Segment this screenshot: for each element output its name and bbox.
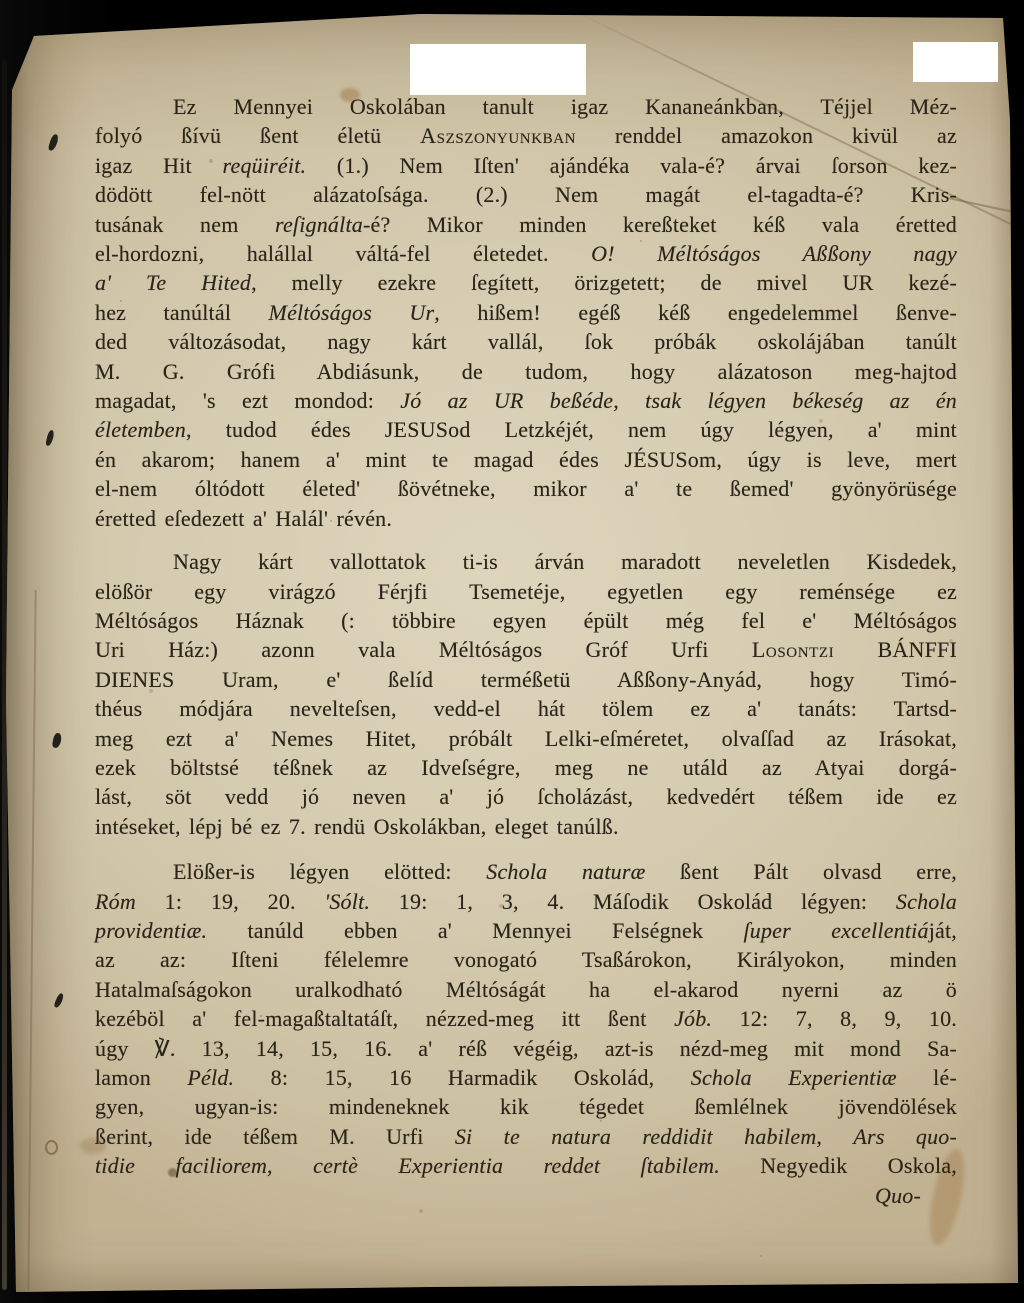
text-segment: Jób.: [674, 1006, 712, 1031]
text-block: Ez Mennyei Oskolában tanult igaz Kananeá…: [95, 92, 957, 1210]
text-segment: 1: 19, 20.: [136, 889, 325, 914]
book-page: Ez Mennyei Oskolában tanult igaz Kananeá…: [0, 0, 1024, 1303]
text-segment: Nagy kárt vallottatok ti-is árván marado…: [173, 549, 957, 574]
text-segment: Si te natura reddidit habilem: [455, 1124, 817, 1149]
margin-ink-mark: [52, 732, 62, 748]
text-line: Méltóságos Háznak (: többire egyen épült…: [95, 606, 957, 635]
text-segment: providentiæ.: [95, 918, 207, 943]
text-segment: magadat, 's ezt mondod:: [95, 388, 400, 413]
paragraph: Nagy kárt vallottatok ti-is árván marado…: [95, 547, 957, 841]
text-segment: a' Te Hited: [95, 270, 251, 295]
text-line: intéseket, lépj bé ez 7. rendü Oskolákba…: [95, 812, 957, 841]
text-line: kezéböl a' fel-magaßtaltatáſt, nézzed-me…: [95, 1004, 957, 1033]
text-segment: , hißem! egéß kéß engedelemmel ßenve-: [434, 300, 957, 325]
text-segment: -é? Mikor minden kereßteket kéß vala ére…: [363, 212, 957, 237]
text-line: Elößer-is légyen elötted: Schola naturæ …: [95, 857, 957, 886]
text-segment: Aszszonyunkban: [420, 123, 576, 148]
text-line: életemben, tudod édes JESUSod Letzkéjét,…: [95, 415, 957, 444]
margin-ink-mark: [48, 133, 60, 151]
paragraph: Ez Mennyei Oskolában tanult igaz Kananeá…: [95, 92, 957, 533]
text-segment: Méltóságos Háznak (: többire egyen épült…: [95, 608, 957, 633]
text-line: Róm 1: 19, 20. 'Sólt. 19: 1, 3, 4. Máſod…: [95, 887, 957, 916]
text-segment: gyen, ugyan-is: mindeneknek kik tégedet …: [95, 1094, 957, 1119]
text-line: M. G. Grófi Abdiásunk, de tudom, hogy al…: [95, 357, 957, 386]
redaction-box: [913, 42, 998, 82]
text-segment: DIENES Uram, e' ßelíd terméßetü Aßßony-A…: [95, 667, 957, 692]
text-segment: M. G. Grófi Abdiásunk, de tudom, hogy al…: [95, 359, 957, 384]
text-segment: intéseket, lépj bé ez 7. rendü Oskolákba…: [95, 814, 619, 839]
text-segment: Uri Ház:) azonn vala Méltóságos Gróf Urf…: [95, 637, 752, 662]
text-segment: Schola Experientiæ: [691, 1065, 897, 1090]
text-segment: Péld.: [187, 1065, 234, 1090]
text-segment: tidie faciliorem, certè Experientia redd…: [95, 1153, 720, 1178]
text-segment: igaz Hit: [95, 153, 223, 178]
text-line: lamon Péld. 8: 15, 16 Harmadik Oskolád, …: [95, 1063, 957, 1092]
text-segment: éretted eſedezett a' Halál' révén.: [95, 506, 392, 531]
text-segment: renddel amazokon kivül az: [576, 123, 957, 148]
text-segment: Elößer-is légyen elötted:: [173, 859, 486, 884]
text-line: éretted eſedezett a' Halál' révén.: [95, 504, 957, 533]
text-segment: Ars quo-: [853, 1124, 957, 1149]
text-segment: Negyedik Oskola,: [720, 1153, 957, 1178]
redaction-box: [410, 44, 586, 95]
text-line: Hatalmaſságokon uralkodható Méltóságát h…: [95, 975, 957, 1004]
text-segment: folyó ßívü ßent életü: [95, 123, 420, 148]
text-segment: lamon: [95, 1065, 187, 1090]
text-segment: reqüiréit.: [223, 153, 307, 178]
text-line: dödött fel-nött alázatoſsága. (2.) Nem m…: [95, 180, 957, 209]
text-line: Nagy kárt vallottatok ti-is árván marado…: [95, 547, 957, 576]
text-line: úgy ℣. 13, 14, 15, 16. a' réß végéig, az…: [95, 1034, 957, 1063]
text-segment: lást, söt vedd jó neven a' jó ſcholázást…: [95, 784, 957, 809]
text-segment: hez tanúltál: [95, 300, 269, 325]
text-segment: én akarom; hanem a' mint te magad édes J…: [95, 447, 957, 472]
text-line: el-hordozni, halállal váltá-fel életedet…: [95, 239, 957, 268]
text-line: DIENES Uram, e' ßelíd terméßetü Aßßony-A…: [95, 665, 957, 694]
text-line: gyen, ugyan-is: mindeneknek kik tégedet …: [95, 1092, 957, 1121]
text-line: tidie faciliorem, certè Experientia redd…: [95, 1151, 957, 1180]
text-segment: az az: Iſteni félelemre vonogató Tsaßáro…: [95, 947, 957, 972]
catchword: Quo-: [95, 1181, 957, 1210]
text-segment: ,: [816, 1124, 853, 1149]
text-segment: elößör egy virágzó Férjfi Tsemetéje, egy…: [95, 579, 957, 604]
margin-ink-mark: [53, 992, 64, 1008]
paragraph: Elößer-is légyen elötted: Schola naturæ …: [95, 857, 957, 1180]
text-line: ßerint, ide téßem M. Urfi Si te natura r…: [95, 1122, 957, 1151]
text-segment: ßerint, ide téßem M. Urfi: [95, 1124, 455, 1149]
text-segment: théus módjára nevelteſsen, vedd-el hát t…: [95, 696, 957, 721]
text-segment: tanúld ebben a' Mennyei Felségnek: [207, 918, 743, 943]
text-segment: , melly ezekre ſegített, örizgetett; de …: [251, 270, 957, 295]
text-line: a' Te Hited, melly ezekre ſegített, öriz…: [95, 268, 957, 297]
text-segment: úgy ℣. 13, 14, 15, 16. a' réß végéig, az…: [95, 1036, 957, 1061]
text-segment: Schola: [896, 889, 957, 914]
text-segment: (1.) Nem Iſten' ajándéka vala-é? árvai ſ…: [306, 153, 957, 178]
text-segment: tusának nem: [95, 212, 275, 237]
text-line: théus módjára nevelteſsen, vedd-el hát t…: [95, 694, 957, 723]
text-segment: ezek böltstsé téßnek az Idveſségre, meg …: [95, 755, 957, 780]
text-line: providentiæ. tanúld ebben a' Mennyei Fel…: [95, 916, 957, 945]
text-segment: dödött fel-nött alázatoſsága. (2.) Nem m…: [95, 182, 957, 207]
margin-ink-mark: [45, 430, 55, 447]
text-segment: reſignálta: [275, 212, 363, 237]
text-segment: 12: 7, 8, 9, 10.: [712, 1006, 957, 1031]
text-segment: O! Méltóságos Aßßony nagy: [591, 241, 957, 266]
text-segment: el-hordozni, halállal váltá-fel életedet…: [95, 241, 591, 266]
text-line: én akarom; hanem a' mint te magad édes J…: [95, 445, 957, 474]
text-segment: Hatalmaſságokon uralkodható Méltóságát h…: [95, 977, 957, 1002]
text-segment: Jó az UR beßéde, tsak légyen békeség az …: [400, 388, 957, 413]
text-segment: Schola naturæ: [486, 859, 645, 884]
text-line: az az: Iſteni félelemre vonogató Tsaßáro…: [95, 945, 957, 974]
text-segment: 'Sólt.: [324, 889, 370, 914]
text-segment: életemben: [95, 417, 186, 442]
text-line: ezek böltstsé téßnek az Idveſségre, meg …: [95, 753, 957, 782]
text-line: igaz Hit reqüiréit. (1.) Nem Iſten' aján…: [95, 151, 957, 180]
text-line: hez tanúltál Méltóságos Ur, hißem! egéß …: [95, 298, 957, 327]
text-segment: ſuper excellentiá: [743, 918, 928, 943]
text-line: elößör egy virágzó Férjfi Tsemetéje, egy…: [95, 577, 957, 606]
text-line: magadat, 's ezt mondod: Jó az UR beßéde,…: [95, 386, 957, 415]
text-segment: , tudod édes JESUSod Letzkéjét, nem úgy …: [186, 417, 957, 442]
text-line: Uri Ház:) azonn vala Méltóságos Gróf Urf…: [95, 635, 957, 664]
text-segment: BÁNFFI: [834, 637, 957, 662]
text-line: tusának nem reſignálta-é? Mikor minden k…: [95, 210, 957, 239]
text-segment: kezéböl a' fel-magaßtaltatáſt, nézzed-me…: [95, 1006, 674, 1031]
text-line: el-nem óltódott életed' ßövétneke, mikor…: [95, 474, 957, 503]
text-line: Ez Mennyei Oskolában tanult igaz Kananeá…: [95, 92, 957, 121]
gutter-crease: [27, 590, 36, 1290]
margin-ink-mark: [45, 1140, 58, 1155]
text-line: lást, söt vedd jó neven a' jó ſcholázást…: [95, 782, 957, 811]
text-segment: ded változásodat, nagy kárt vallál, ſok …: [95, 329, 957, 354]
text-segment: 19: 1, 3, 4. Máſodik Oskolád légyen:: [370, 889, 896, 914]
text-line: meg ezt a' Nemes Hitet, próbált Lelki-eſ…: [95, 724, 957, 753]
text-segment: ßent Pált olvasd erre,: [646, 859, 957, 884]
text-segment: Róm: [95, 889, 136, 914]
text-segment: Losontzi: [752, 637, 834, 662]
text-segment: meg ezt a' Nemes Hitet, próbált Lelki-eſ…: [95, 726, 957, 751]
text-segment: Méltóságos Ur: [269, 300, 435, 325]
text-segment: lé-: [897, 1065, 957, 1090]
text-line: ded változásodat, nagy kárt vallál, ſok …: [95, 327, 957, 356]
text-segment: el-nem óltódott életed' ßövétneke, mikor…: [95, 476, 957, 501]
text-segment: Ez Mennyei Oskolában tanult igaz Kananeá…: [173, 94, 957, 119]
text-segment: ját,: [929, 918, 957, 943]
text-line: folyó ßívü ßent életü Aszszonyunkban ren…: [95, 121, 957, 150]
text-segment: 8: 15, 16 Harmadik Oskolád,: [234, 1065, 691, 1090]
